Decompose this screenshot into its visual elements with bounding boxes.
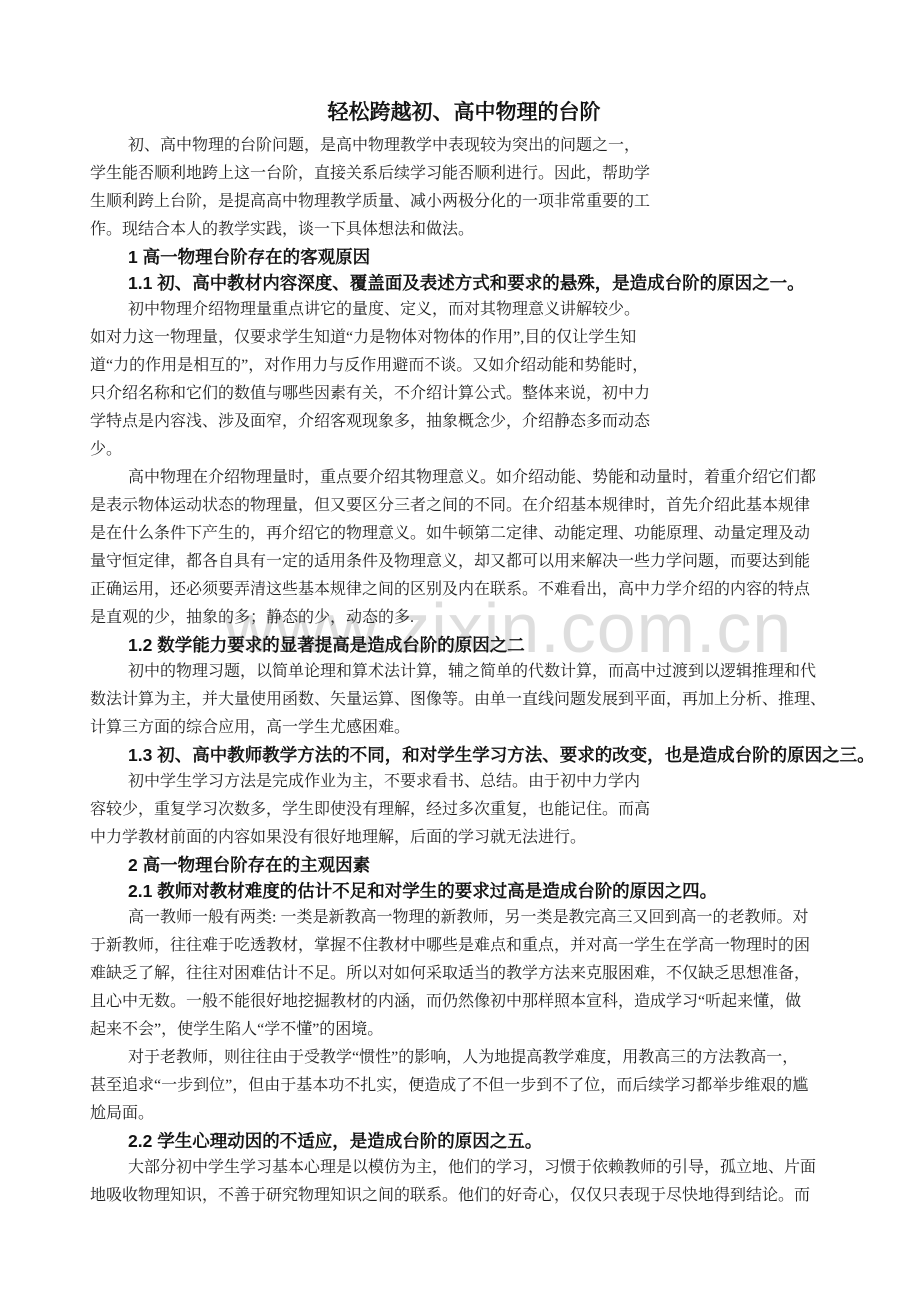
section-heading-1-1: 1.1 初、高中教材内容深度、覆盖面及表述方式和要求的悬殊，是造成台阶的原因之一…	[90, 270, 838, 296]
paragraph-student-psychology: 大部分初中学生学习基本心理是以模仿为主，他们的学习，习惯于依赖教师的引导，孤立地…	[90, 1154, 838, 1210]
section-heading-1: 1 高一物理台阶存在的客观原因	[90, 244, 838, 270]
paragraph-math-skills: 初中的物理习题，以简单论理和算术法计算，辅之简单的代数计算，而高中过渡到以逻辑推…	[90, 658, 838, 742]
section-heading-2: 2 高一物理台阶存在的主观因素	[90, 852, 838, 878]
document-content: 轻松跨越初、高中物理的台阶 初、高中物理的台阶问题，是高中物理教学中表现较为突出…	[90, 100, 838, 1210]
section-heading-2-1: 2.1 教师对教材难度的估计不足和对学生的要求过高是造成台阶的原因之四。	[90, 878, 838, 904]
paragraph-intro: 初、高中物理的台阶问题，是高中物理教学中表现较为突出的问题之一， 学生能否顺利地…	[90, 132, 838, 244]
paragraph-senior-intro: 高中物理在介绍物理量时，重点要介绍其物理意义。如介绍动能、势能和动量时，着重介绍…	[90, 464, 838, 632]
section-heading-1-2: 1.2 数学能力要求的显著提高是造成台阶的原因之二	[90, 632, 838, 658]
paragraph-study-method: 初中学生学习方法是完成作业为主，不要求看书、总结。由于初中力学内 容较少，重复学…	[90, 768, 838, 852]
document-page: www.zixin.com.cn 轻松跨越初、高中物理的台阶 初、高中物理的台阶…	[0, 0, 920, 1300]
paragraph-old-teachers: 对于老教师，则往往由于受教学“惯性”的影响，人为地提高教学难度，用教高三的方法教…	[90, 1044, 838, 1128]
paragraph-junior-intro: 初中物理介绍物理量重点讲它的量度、定义，而对其物理意义讲解较少。 如对力这一物理…	[90, 296, 838, 464]
document-title: 轻松跨越初、高中物理的台阶	[90, 100, 838, 126]
section-heading-1-3: 1.3 初、高中教师教学方法的不同，和对学生学习方法、要求的改变，也是造成台阶的…	[90, 742, 838, 768]
section-heading-2-2: 2.2 学生心理动因的不适应，是造成台阶的原因之五。	[90, 1128, 838, 1154]
paragraph-new-teachers: 高一教师一般有两类: 一类是新教高一物理的新教师，另一类是教完高三又回到高一的老…	[90, 904, 838, 1044]
